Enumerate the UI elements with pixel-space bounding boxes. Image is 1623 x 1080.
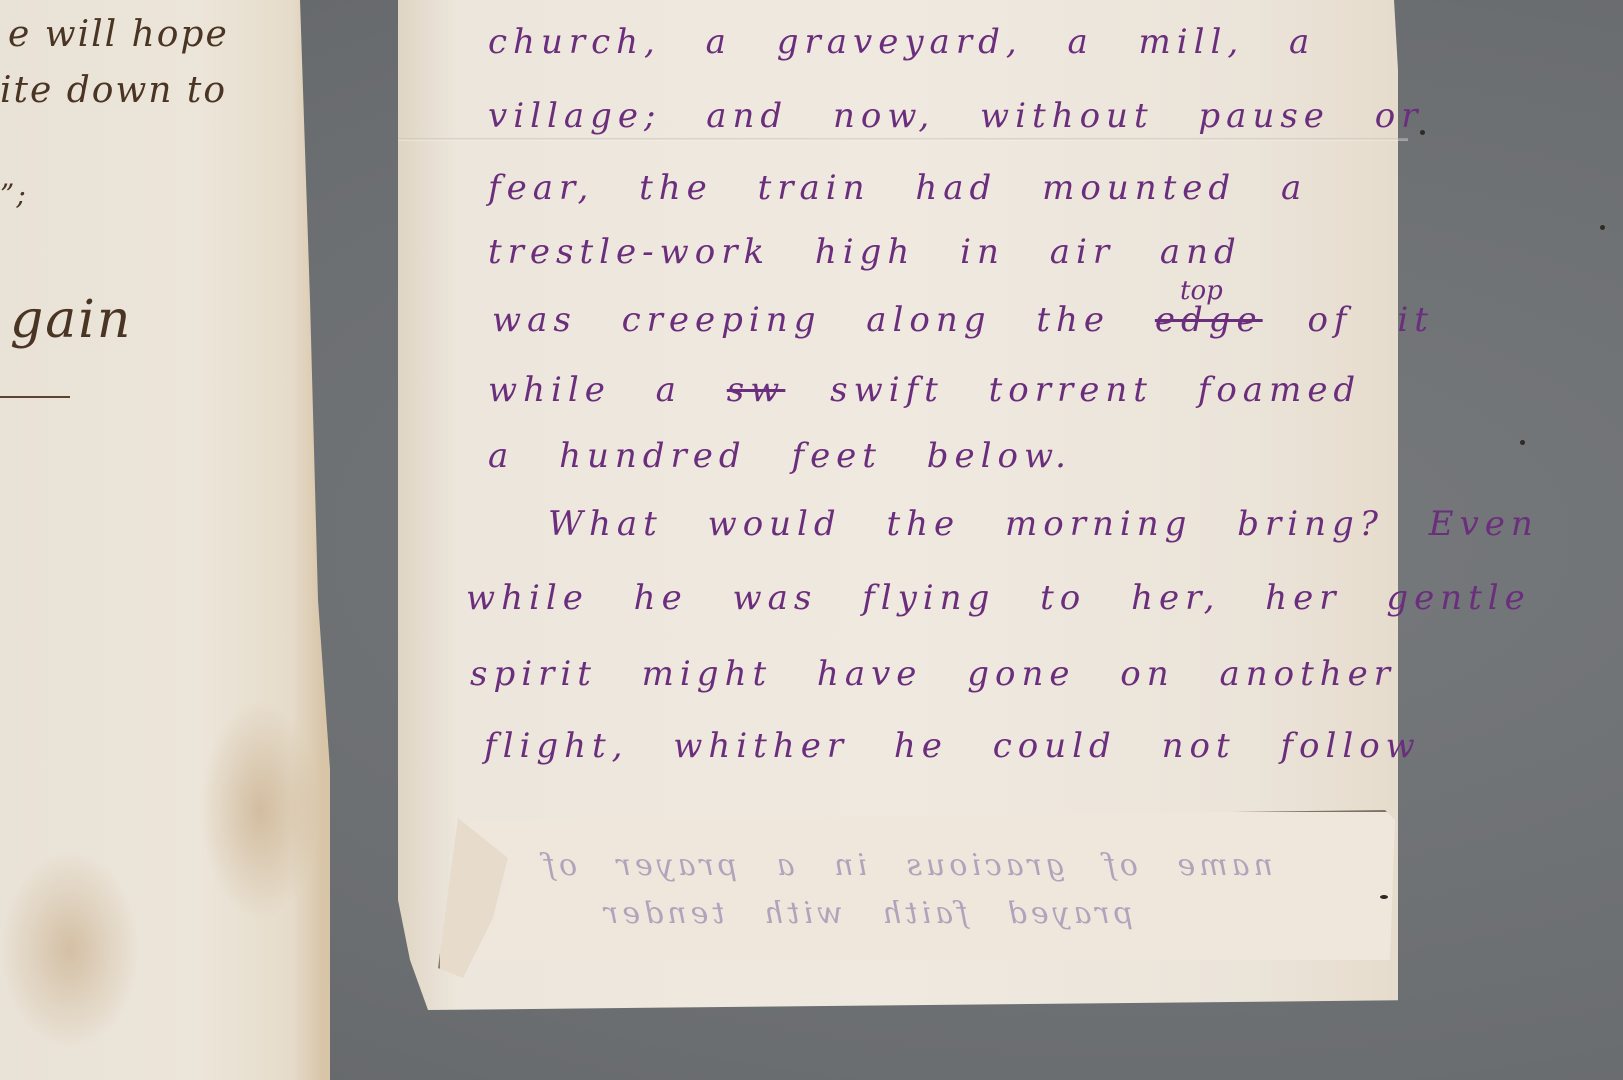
speck <box>1420 130 1425 135</box>
folded-flap <box>455 810 1395 962</box>
bleed-through-line-1: name of gracious in a prayer of <box>540 848 1273 883</box>
signature-fragment: gain <box>10 290 132 350</box>
speck <box>1520 440 1525 445</box>
manuscript-line-10: spirit might have gone on another <box>470 654 1396 694</box>
line5-text: was creeping along the <box>492 300 1110 340</box>
manuscript-line-11: flight, whither he could not follow <box>484 726 1421 766</box>
struck-word: edge <box>1155 300 1263 340</box>
speck <box>1600 225 1605 230</box>
left-manuscript-page <box>0 0 330 1080</box>
speck <box>1380 895 1388 899</box>
manuscript-line-9: while he was flying to her, her gentle <box>466 578 1531 618</box>
manuscript-line-3: fear, the train had mounted a <box>488 168 1307 208</box>
foxing-stain <box>0 850 140 1050</box>
line6-text: while a <box>488 370 682 410</box>
struck-word: sw <box>727 370 786 410</box>
manuscript-line-2: village; and now, without pause or <box>488 96 1423 136</box>
foxing-stain <box>200 700 320 920</box>
paper-fold <box>398 138 1408 141</box>
signature-underline <box>0 396 70 398</box>
manuscript-line-7: a hundred feet below. <box>488 436 1072 476</box>
line5-tail: of it <box>1307 300 1433 340</box>
left-line-2: ite down to <box>0 70 227 111</box>
manuscript-line-1: church, a graveyard, a mill, a <box>488 22 1315 62</box>
manuscript-line-5: was creeping along the edge of it <box>492 300 1434 340</box>
manuscript-line-6: while a sw swift torrent foamed <box>488 370 1361 410</box>
left-line-1: e will hope <box>8 14 229 55</box>
line6-tail: swift torrent foamed <box>830 370 1361 410</box>
bleed-through-line-2: prayed faith with tender <box>600 896 1133 931</box>
manuscript-line-4: trestle-work high in air and <box>488 232 1242 272</box>
insertion-caret-word: top <box>1180 276 1223 306</box>
left-line-3: ”; <box>0 178 28 211</box>
manuscript-line-8: What would the morning bring? Even <box>548 504 1539 544</box>
